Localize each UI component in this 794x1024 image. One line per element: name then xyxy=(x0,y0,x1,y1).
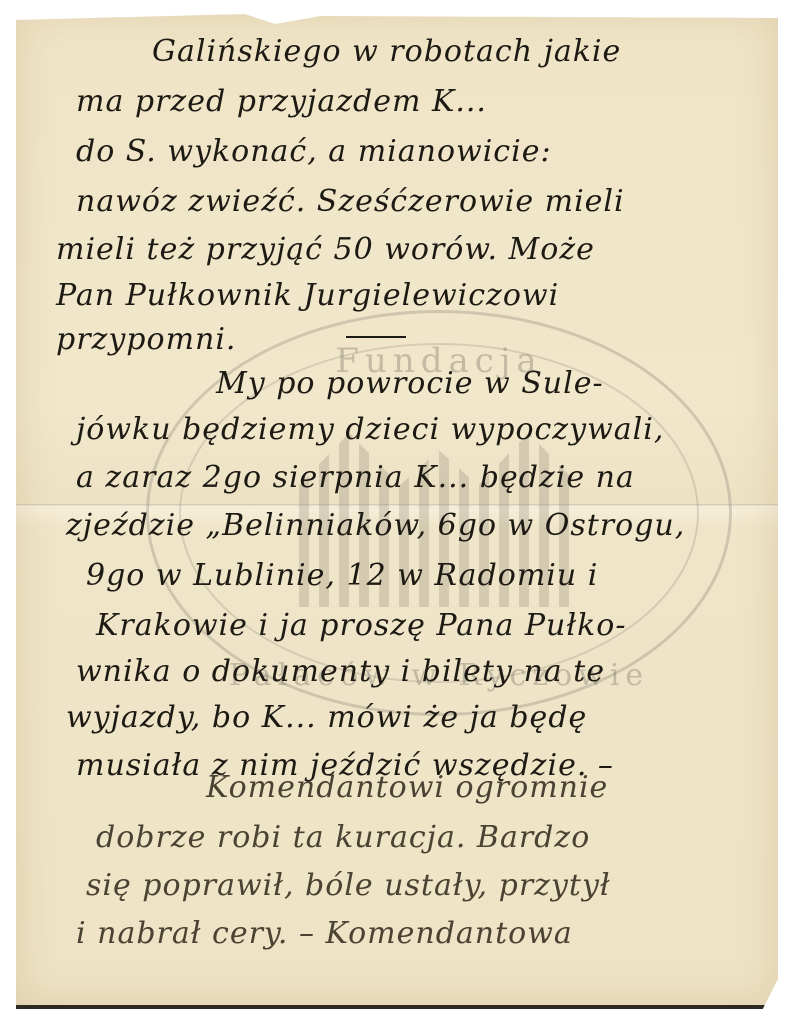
letter-line: mieli też przyjąć 50 worów. Może xyxy=(56,232,595,267)
letter-line: nawóz zwieźć. Sześćzerowie mieli xyxy=(76,184,625,219)
letter-line: zjeździe „Belinniaków, 6go w Ostrogu, xyxy=(66,508,685,543)
letter-line: przypomni. xyxy=(56,322,236,357)
letter-line: a zaraz 2go sierpnia K... będzie na xyxy=(76,460,635,495)
letter-line: wnika o dokumenty i bilety na te xyxy=(76,654,605,689)
letter-line: dobrze robi ta kuracja. Bardzo xyxy=(96,820,590,855)
letter-line: Pan Pułkownik Jurgielewiczowi xyxy=(56,278,559,313)
letter-line: się poprawił, bóle ustały, przytył xyxy=(86,868,611,903)
letter-line: jówku będziemy dzieci wypoczywali, xyxy=(76,412,664,447)
underline-stroke xyxy=(346,336,406,338)
letter-line: Krakowie i ja proszę Pana Pułko- xyxy=(96,608,626,643)
letter-line: My po powrocie w Sule- xyxy=(216,366,604,401)
letter-line: do S. wykonać, a mianowicie: xyxy=(76,134,552,169)
letter-line: wyjazdy, bo K... mówi że ja będę xyxy=(66,700,587,735)
letter-line-signature: i nabrał cery. – Komendantowa xyxy=(76,916,573,951)
letter-line: Galińskiego w robotach jakie xyxy=(152,34,621,69)
letter-line: Komendantowi ogromnie xyxy=(206,770,608,805)
letter-line: 9go w Lublinie, 12 w Radomiu i xyxy=(86,558,598,593)
letter-page: Fundacja Pałaców w Ryczowie Galińskiego … xyxy=(16,10,778,1009)
letter-line: ma przed przyjazdem K... xyxy=(76,84,487,119)
